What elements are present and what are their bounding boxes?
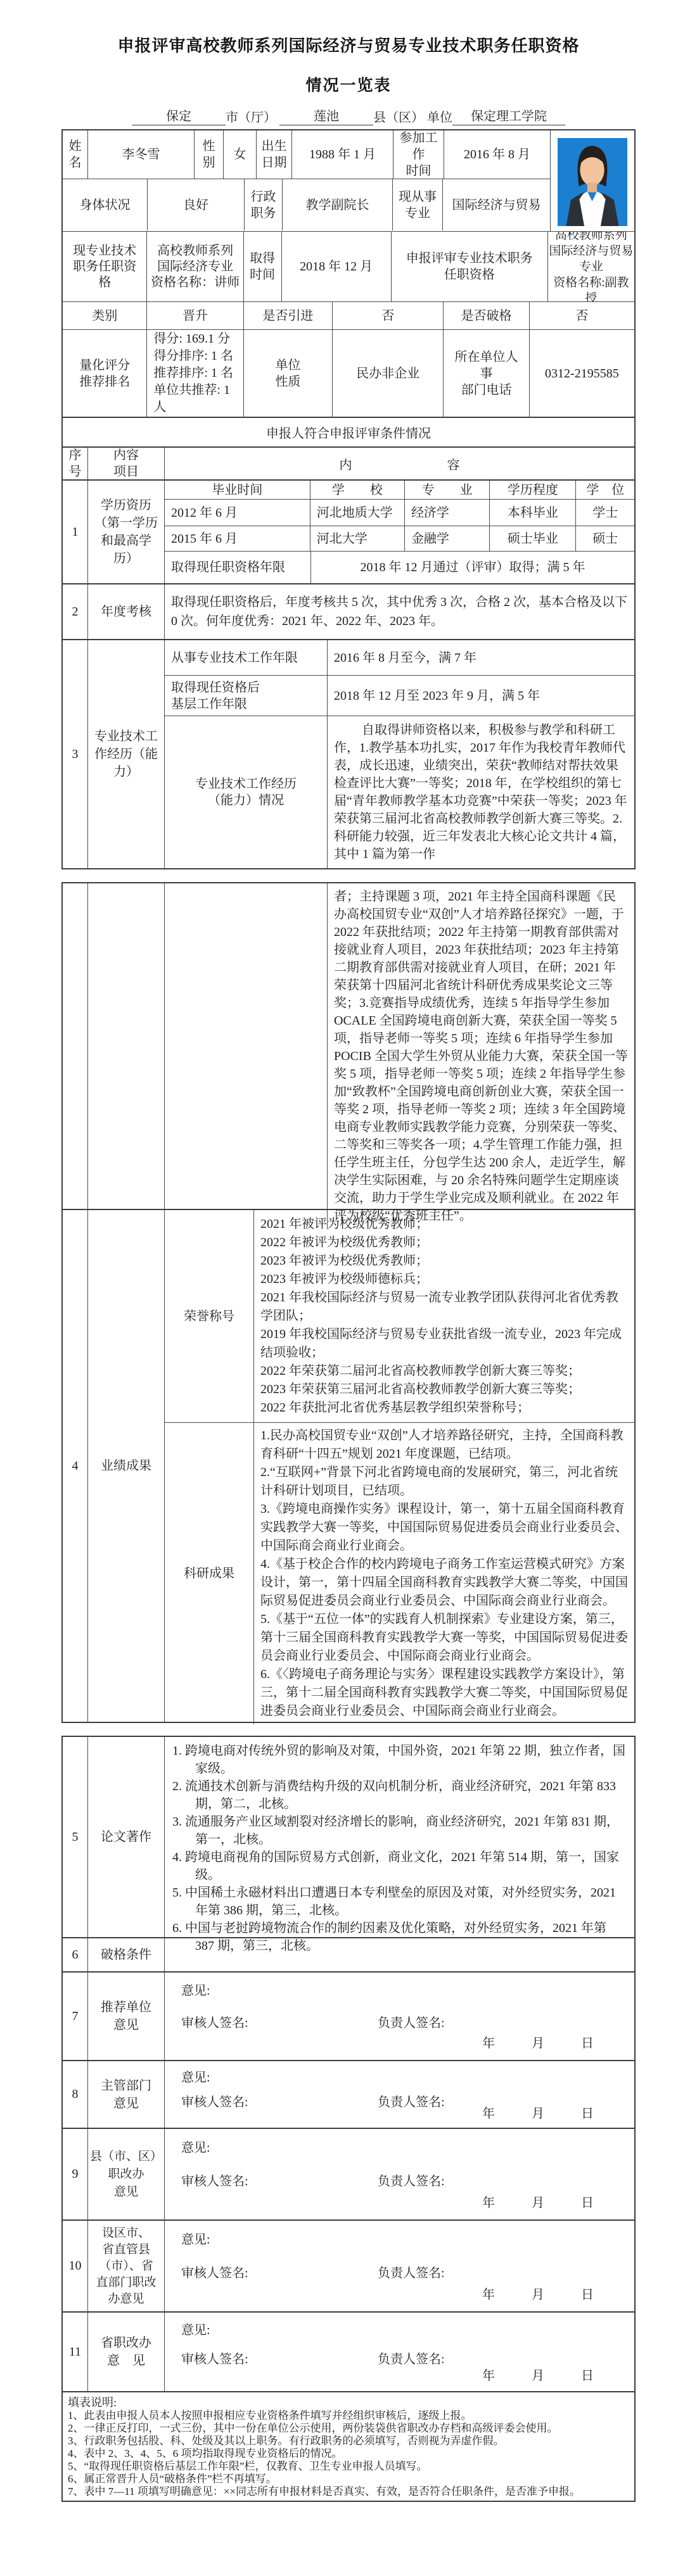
exception-value: 否 xyxy=(530,302,634,329)
item-3-experience: 3 专业技术工 作经历（能 力） 从事专业技术工作年限 2016 年 8 月至今… xyxy=(63,640,634,868)
birth-value: 1988 年 1 月 xyxy=(292,130,393,179)
basic-info-left: 姓 名 李冬雪 性 别 女 出生 日期 1988 年 1 月 参加工作 时间 2… xyxy=(63,130,550,231)
item-5-no: 5 xyxy=(63,1737,88,1937)
charge-sign-label: 负责人签名: xyxy=(378,2263,445,2281)
notes-title: 填表说明: xyxy=(68,2396,628,2409)
location-line: 保定市（厅） 莲池县（区） 单位保定理工学院 xyxy=(0,106,697,125)
item-6-no: 6 xyxy=(63,1938,88,1971)
col-content-char2: 容 xyxy=(447,455,460,473)
item-3-no: 3 xyxy=(63,640,88,868)
item-1-education: 1 学历资历 （第一学历 和最高学 历） 毕业时间 学 校 专 业 学历程度 学… xyxy=(63,481,634,584)
opinion-label: 意见: xyxy=(181,1980,210,1998)
list-line: 1.民办高校国贸专业“双创”人才培养路径研究，主持，全国商科教育科研“十四五”规… xyxy=(260,1427,628,1463)
charge-sign-label: 负责人签名: xyxy=(378,2349,445,2367)
item-3-content-cont: 者；主持课题 3 项，2021 年主持全国商科课题《民办高校国贸专业“双创”人才… xyxy=(165,883,634,1209)
introduced-label: 是否引进 xyxy=(244,302,333,329)
admin-value: 教学副院长 xyxy=(283,179,393,230)
list-line: 1、此表由申报人员本人按照申报相应专业资格条件填写并经组织审核后，逐级上报。 xyxy=(68,2409,628,2422)
opinion-label: 意见: xyxy=(181,2229,210,2247)
introduced-value: 否 xyxy=(333,302,444,329)
tech-years-label: 从事专业技术工作年限 xyxy=(165,640,328,675)
experience-label-empty xyxy=(165,883,328,1229)
edu-title: 硕士 xyxy=(576,526,634,550)
phone-label: 所在单位人 事 部门电话 xyxy=(444,330,529,417)
papers-list: 1. 跨境电商对传统外贸的影响及对策，中国外资，2021 年第 22 期，独立作… xyxy=(165,1737,634,1960)
list-line: 7、表中 7—11 项填写明确意见：××同志所有申报材料是否真实、有效，是否符合… xyxy=(68,2485,628,2498)
edu-h-time: 毕业时间 xyxy=(165,481,310,499)
form-page-2: 者；主持课题 3 项，2021 年主持全国商科课题《民办高校国贸专业“双创”人才… xyxy=(61,882,636,1723)
experience-row: 专业技术工作经历 （能力）情况 自取得讲师资格以来，积极参与教学和科研工作，1.… xyxy=(165,716,634,868)
sex-value: 女 xyxy=(224,130,257,179)
edu-h-school: 学 校 xyxy=(310,481,405,499)
edu-major: 经济学 xyxy=(405,500,490,526)
experience-cont-row: 者；主持课题 3 项，2021 年主持全国商科课题《民办高校国贸专业“双创”人才… xyxy=(165,883,634,1229)
list-line: 2. 流通技术创新与消费结构升级的双向机制分析，商业经济研究，2021 年第 8… xyxy=(172,1777,627,1813)
list-line: 2022 年荣获第二届河北省高校教师教学创新大赛三等奖； xyxy=(260,1362,628,1380)
col-no-header: 序 号 xyxy=(63,448,88,479)
curprof-value: 国际经济与贸易 xyxy=(443,179,550,230)
category-label: 类别 xyxy=(63,302,147,329)
item-4-achievements: 4 业绩成果 荣誉称号 2021 年被评为校级优秀教师；2022 年被评为校级优… xyxy=(63,1210,634,1722)
charge-sign-label: 负责人签名: xyxy=(378,2171,445,2189)
county-value: 莲池 xyxy=(279,106,373,125)
opinion-label: 意见: xyxy=(181,2137,210,2156)
edu-degree: 本科毕业 xyxy=(490,500,576,526)
document-root: { "title1": "申报评审高校教师系列国际经济与贸易专业技术职务任职资格… xyxy=(0,33,697,2576)
base-years-row: 取得现任资格后 基层工作年限 2018 年 12 月至 2023 年 9 月，满… xyxy=(165,676,634,716)
edu-row: 2015 年 6 月 河北大学 金融学 硕士毕业 硕士 xyxy=(165,526,634,551)
research-list: 1.民办高校国贸专业“双创”人才培养路径研究，主持，全国商科教育科研“十四五”规… xyxy=(254,1423,634,1724)
item-2-content: 取得现任职资格后，年度考核共 5 次，其中优秀 3 次，合格 2 次，基本合格及… xyxy=(165,584,634,639)
form-page-3: 5 论文著作 1. 跨境电商对传统外贸的影响及对策，中国外资，2021 年第 2… xyxy=(61,1736,636,2502)
col-content-char1: 内 xyxy=(340,455,352,473)
id-photo-image xyxy=(558,138,627,226)
opinion-label: 意见: xyxy=(181,2067,210,2085)
edu-major: 金融学 xyxy=(405,526,490,550)
list-line: 2021 年被评为校级优秀教师； xyxy=(260,1215,628,1234)
tech-years-value: 2016 年 8 月至今，满 7 年 xyxy=(328,640,634,675)
date-label: 年 月 日 xyxy=(482,2365,598,2383)
name-value: 李冬雪 xyxy=(88,130,195,179)
charge-sign-label: 负责人签名: xyxy=(378,2012,445,2031)
item-2-label: 年度考核 xyxy=(88,584,165,639)
list-line: 6.《〈跨境电子商务理论与实务〉课程建设实践教学方案设计》，第三，第十二届全国商… xyxy=(260,1665,628,1720)
section-header-row: 申报人符合申报评审条件情况 xyxy=(63,418,634,448)
opinion-row-8: 8 主管部门 意见 意见: 审核人签名: 负责人签名: 年 月 日 xyxy=(63,2061,634,2129)
row-category: 类别 晋升 是否引进 否 是否破格 否 xyxy=(63,302,634,330)
list-line: 5.《基于“五位一体”的实践育人机制探索》专业建设方案，第三，第十三届全国商科教… xyxy=(260,1610,628,1665)
health-label: 身体状况 xyxy=(63,179,148,230)
experience-text-part1-cell: 自取得讲师资格以来，积极参与教学和科研工作，1.教学基本功扎实，2017 年作为… xyxy=(328,716,634,868)
curprof-label: 现从事 专业 xyxy=(393,179,443,230)
experience-text-part2-cell: 者；主持课题 3 项，2021 年主持全国商科课题《民办高校国贸专业“双创”人才… xyxy=(328,883,634,1229)
col-item-header: 内容 项目 xyxy=(88,448,165,479)
category-value: 晋升 xyxy=(147,302,243,329)
auditor-sign-label: 审核人签名: xyxy=(181,2092,248,2110)
research-label: 科研成果 xyxy=(165,1423,254,1724)
birth-label: 出生 日期 xyxy=(257,130,292,179)
auditor-sign-label: 审核人签名: xyxy=(181,2012,248,2031)
unittype-label: 单位 性质 xyxy=(244,330,333,417)
list-line: 2022 年被评为校级优秀教师； xyxy=(260,1234,628,1252)
item-6-content xyxy=(165,1938,634,1971)
auditor-sign-label: 审核人签名: xyxy=(181,2171,248,2189)
opinion-11-label: 省职改办 意 见 xyxy=(88,2313,165,2391)
item-4-no: 4 xyxy=(63,1210,88,1722)
opinion-7-label: 推荐单位 意见 xyxy=(88,1973,165,2060)
edu-header-row: 毕业时间 学 校 专 业 学历程度 学 位 xyxy=(165,481,634,500)
honors-list: 2021 年被评为校级优秀教师；2022 年被评为校级优秀教师；2023 年被评… xyxy=(254,1210,634,1422)
item-4-label: 业绩成果 xyxy=(88,1210,165,1722)
unit-value: 保定理工学院 xyxy=(452,106,565,125)
list-line: 3. 流通服务产业区域割裂对经济增长的影响，商业经济研究，2021 年第 831… xyxy=(172,1813,627,1848)
annual-review-text: 取得现任职资格后，年度考核共 5 次，其中优秀 3 次，合格 2 次，基本合格及… xyxy=(165,589,634,635)
opinion-11-no: 11 xyxy=(63,2313,88,2391)
charge-sign-label: 负责人签名: xyxy=(378,2092,445,2110)
opinion-8-content: 意见: 审核人签名: 负责人签名: 年 月 日 xyxy=(165,2061,634,2128)
opinion-9-label: 县（市、区） 职改办 意见 xyxy=(88,2129,165,2219)
list-line: 2023 年被评为校级师德标兵； xyxy=(260,1270,628,1289)
base-years-value: 2018 年 12 月至 2023 年 9 月，满 5 年 xyxy=(328,676,634,716)
city-suffix: 市（厅） xyxy=(226,111,276,125)
item-3-no-cont xyxy=(63,883,88,1209)
item-1-label: 学历资历 （第一学历 和最高学 历） xyxy=(88,481,165,583)
list-line: 2.“互联网+”背景下河北省跨境电商的发展研究，第三，河北省统计科研计划项目，已… xyxy=(260,1463,628,1500)
tenure-label: 取得现任职资格年限 xyxy=(165,552,311,583)
item-2-annual-review: 2 年度考核 取得现任职资格后，年度考核共 5 次，其中优秀 3 次，合格 2 … xyxy=(63,584,634,640)
opinion-row-10: 10 设区市、 省直管县 （市）、省 直部门职改 办意见 意见: 审核人签名: … xyxy=(63,2221,634,2313)
sex-label: 性 别 xyxy=(195,130,224,179)
opinion-10-no: 10 xyxy=(63,2221,88,2311)
item-2-no: 2 xyxy=(63,584,88,639)
edu-row: 2012 年 6 月 河北地质大学 经济学 本科毕业 学士 xyxy=(165,500,634,526)
auditor-sign-label: 审核人签名: xyxy=(181,2263,248,2281)
row-quant-score: 量化评分 推荐排名 得分: 169.1 分 得分排序: 1 名 推荐排序: 1 … xyxy=(63,330,634,418)
item-6-label: 破格条件 xyxy=(88,1938,165,1971)
list-line: 2022 年获批河北省优秀基层教学组织荣誉称号； xyxy=(260,1399,628,1417)
item-5-label: 论文著作 xyxy=(88,1737,165,1937)
item-3-label-cont xyxy=(88,883,165,1209)
edu-h-degree: 学历程度 xyxy=(490,481,576,499)
section-header: 申报人符合申报评审条件情况 xyxy=(63,418,634,446)
unit-label: 单位 xyxy=(427,111,452,125)
name-label: 姓 名 xyxy=(63,130,88,179)
opinion-label: 意见: xyxy=(181,2320,210,2338)
list-line: 3、行政职务包括股、科、处级及其以上职务。有行政职务的必须填写，否则视为弄虚作假… xyxy=(68,2435,628,2447)
experience-text-part2: 者；主持课题 3 项，2021 年主持全国商科课题《民办高校国贸专业“双创”人才… xyxy=(328,883,634,1229)
item-5-content: 1. 跨境电商对传统外贸的影响及对策，中国外资，2021 年第 22 期，独立作… xyxy=(165,1737,634,1937)
row-name: 姓 名 李冬雪 性 别 女 出生 日期 1988 年 1 月 参加工作 时间 2… xyxy=(63,130,550,179)
city-value: 保定 xyxy=(132,106,226,125)
opinion-row-7: 7 推荐单位 意见 意见: 审核人签名: 负责人签名: 年 月 日 xyxy=(63,1973,634,2061)
item-3-label: 专业技术工 作经历（能 力） xyxy=(88,640,165,868)
list-line: 1. 跨境电商对传统外贸的影响及对策，中国外资，2021 年第 22 期，独立作… xyxy=(172,1742,627,1777)
apply-value: 高校教师系列 国际经济与贸易 专业 资格名称:副教授 xyxy=(548,232,634,301)
columns-header-row: 序 号 内容 项目 内 容 xyxy=(63,448,634,481)
list-line: 2、一律正反打印，一式三份，其中一份在单位公示使用，两份装袋供省职改办存档和高级… xyxy=(68,2422,628,2435)
list-line: 2023 年被评为校级优秀教师； xyxy=(260,1252,628,1270)
edu-school: 河北地质大学 xyxy=(310,500,405,526)
tenure-row: 取得现任职资格年限 2018 年 12 月通过（评审）取得；满 5 年 xyxy=(165,552,634,583)
edu-title: 学士 xyxy=(576,500,634,526)
notes-list: 1、此表由申报人员本人按照申报相应专业资格条件填写并经组织审核后，逐级上报。2、… xyxy=(68,2409,628,2498)
page-subtitle: 情况一览表 xyxy=(0,73,697,96)
base-years-label: 取得现任资格后 基层工作年限 xyxy=(165,676,328,716)
item-6-exception: 6 破格条件 xyxy=(63,1938,634,1973)
honors-label: 荣誉称号 xyxy=(165,1210,254,1422)
row-current-qualification: 现专业技术 职务任职资 格 高校教师系列 国际经济专业 资格名称：讲师 取得 时… xyxy=(63,232,634,302)
workstart-label: 参加工作 时间 xyxy=(393,130,444,179)
item-1-no: 1 xyxy=(63,481,88,583)
opinion-10-label: 设区市、 省直管县 （市）、省 直部门职改 办意见 xyxy=(88,2221,165,2311)
date-label: 年 月 日 xyxy=(482,2033,598,2051)
opinion-7-content: 意见: 审核人签名: 负责人签名: 年 月 日 xyxy=(165,1973,634,2060)
form-page-1: 姓 名 李冬雪 性 别 女 出生 日期 1988 年 1 月 参加工作 时间 2… xyxy=(61,129,636,869)
opinion-8-no: 8 xyxy=(63,2061,88,2128)
quant-label: 量化评分 推荐排名 xyxy=(63,330,147,417)
date-label: 年 月 日 xyxy=(482,2103,598,2121)
opinion-11-content: 意见: 审核人签名: 负责人签名: 年 月 日 xyxy=(165,2313,634,2391)
tenure-value: 2018 年 12 月通过（评审）取得；满 5 年 xyxy=(311,552,634,583)
opinion-row-11: 11 省职改办 意 见 意见: 审核人签名: 负责人签名: 年 月 日 xyxy=(63,2313,634,2392)
opinion-9-no: 9 xyxy=(63,2129,88,2219)
opinion-10-content: 意见: 审核人签名: 负责人签名: 年 月 日 xyxy=(165,2221,634,2311)
item-5-papers: 5 论文著作 1. 跨境电商对传统外贸的影响及对策，中国外资，2021 年第 2… xyxy=(63,1737,634,1938)
apply-label: 申报评审专业技术职务 任职资格 xyxy=(392,232,548,301)
phone-value: 0312-2195585 xyxy=(530,330,634,417)
form-notes: 填表说明: 1、此表由申报人员本人按照申报相应专业资格条件填写并经组织审核后，逐… xyxy=(63,2392,634,2501)
research-row: 科研成果 1.民办高校国贸专业“双创”人才培养路径研究，主持，全国商科教育科研“… xyxy=(165,1423,634,1724)
col-content-header: 内 容 xyxy=(165,448,634,479)
basic-info-block: 姓 名 李冬雪 性 别 女 出生 日期 1988 年 1 月 参加工作 时间 2… xyxy=(63,130,634,232)
experience-label: 专业技术工作经历 （能力）情况 xyxy=(165,716,328,868)
row-health: 身体状况 良好 行政 职务 教学副院长 现从事 专业 国际经济与贸易 xyxy=(63,179,550,230)
honors-row: 荣誉称号 2021 年被评为校级优秀教师；2022 年被评为校级优秀教师；202… xyxy=(165,1210,634,1423)
edu-h-title: 学 位 xyxy=(576,481,634,499)
list-line: 5、“取得现任职资格后基层工作年限”栏，仅教育、卫生专业申报人员填写。 xyxy=(68,2460,628,2473)
auditor-sign-label: 审核人签名: xyxy=(181,2349,248,2367)
unittype-value: 民办非企业 xyxy=(333,330,444,417)
edu-degree: 硕士毕业 xyxy=(490,526,576,550)
experience-text-part1: 自取得讲师资格以来，积极参与教学和科研工作，1.教学基本功扎实，2017 年作为… xyxy=(328,716,634,868)
date-label: 年 月 日 xyxy=(482,2192,598,2211)
list-line: 2021 年我校国际经济与贸易一流专业教学团队获得河北省优秀教学团队； xyxy=(260,1289,628,1325)
item-4-content: 荣誉称号 2021 年被评为校级优秀教师；2022 年被评为校级优秀教师；202… xyxy=(165,1210,634,1722)
edu-school: 河北大学 xyxy=(310,526,405,550)
admin-label: 行政 职务 xyxy=(245,179,283,230)
list-line: 3.《跨境电商操作实务》课程设计，第一，第十五届全国商科教育实践教学大赛一等奖，… xyxy=(260,1500,628,1555)
list-line: 2019 年我校国际经济与贸易专业获批省级一流专业，2023 年完成结项验收； xyxy=(260,1325,628,1362)
edu-h-major: 专 业 xyxy=(405,481,490,499)
list-line: 2023 年荣获第三届河北省高校教师教学创新大赛三等奖； xyxy=(260,1380,628,1399)
item-1-content: 毕业时间 学 校 专 业 学历程度 学 位 2012 年 6 月 河北地质大学 … xyxy=(165,481,634,583)
list-line: 4.《基于校企合作的校内跨境电子商务工作室运营模式研究》方案设计，第一，第十四届… xyxy=(260,1555,628,1610)
tech-years-row: 从事专业技术工作年限 2016 年 8 月至今，满 7 年 xyxy=(165,640,634,676)
edu-time: 2015 年 6 月 xyxy=(165,526,310,550)
list-line: 4、表中 2、3、4、5、6 项均指取得现专业资格后的情况。 xyxy=(68,2447,628,2460)
list-line: 6、属正常晋升人员“破格条件”栏不再填写。 xyxy=(68,2473,628,2485)
photo-graphic xyxy=(558,138,627,226)
opinion-row-9: 9 县（市、区） 职改办 意见 意见: 审核人签名: 负责人签名: 年 月 日 xyxy=(63,2129,634,2221)
opinion-8-label: 主管部门 意见 xyxy=(88,2061,165,2128)
item-3-content: 从事专业技术工作年限 2016 年 8 月至今，满 7 年 取得现任资格后 基层… xyxy=(165,640,634,868)
county-suffix: 县（区） xyxy=(373,111,424,125)
list-line: 5. 中国稀土永磁材料出口遭遇日本专利壁垒的原因及对策，对外经贸实务，2021 … xyxy=(172,1884,627,1919)
exception-label: 是否破格 xyxy=(444,302,529,329)
id-photo xyxy=(550,130,634,231)
gaintime-label: 取得 时间 xyxy=(244,232,282,301)
list-line: 4. 跨境电商视角的国际贸易方式创新，商业文化，2021 年第 514 期，第一… xyxy=(172,1848,627,1884)
health-value: 良好 xyxy=(148,179,245,230)
gaintime-value: 2018 年 12 月 xyxy=(282,232,392,301)
quant-score-value: 得分: 169.1 分 得分排序: 1 名 推荐排序: 1 名 单位共推荐: 1… xyxy=(147,330,243,417)
date-label: 年 月 日 xyxy=(482,2284,598,2302)
opinion-7-no: 7 xyxy=(63,1973,88,2060)
item-3-continuation: 者；主持课题 3 项，2021 年主持全国商科课题《民办高校国贸专业“双创”人才… xyxy=(63,883,634,1210)
opinion-9-content: 意见: 审核人签名: 负责人签名: 年 月 日 xyxy=(165,2129,634,2219)
edu-time: 2012 年 6 月 xyxy=(165,500,310,526)
curqual-label: 现专业技术 职务任职资 格 xyxy=(63,232,147,301)
page-title: 申报评审高校教师系列国际经济与贸易专业技术职务任职资格 xyxy=(0,33,697,56)
workstart-value: 2016 年 8 月 xyxy=(444,130,550,179)
curqual-value: 高校教师系列 国际经济专业 资格名称：讲师 xyxy=(147,232,243,301)
